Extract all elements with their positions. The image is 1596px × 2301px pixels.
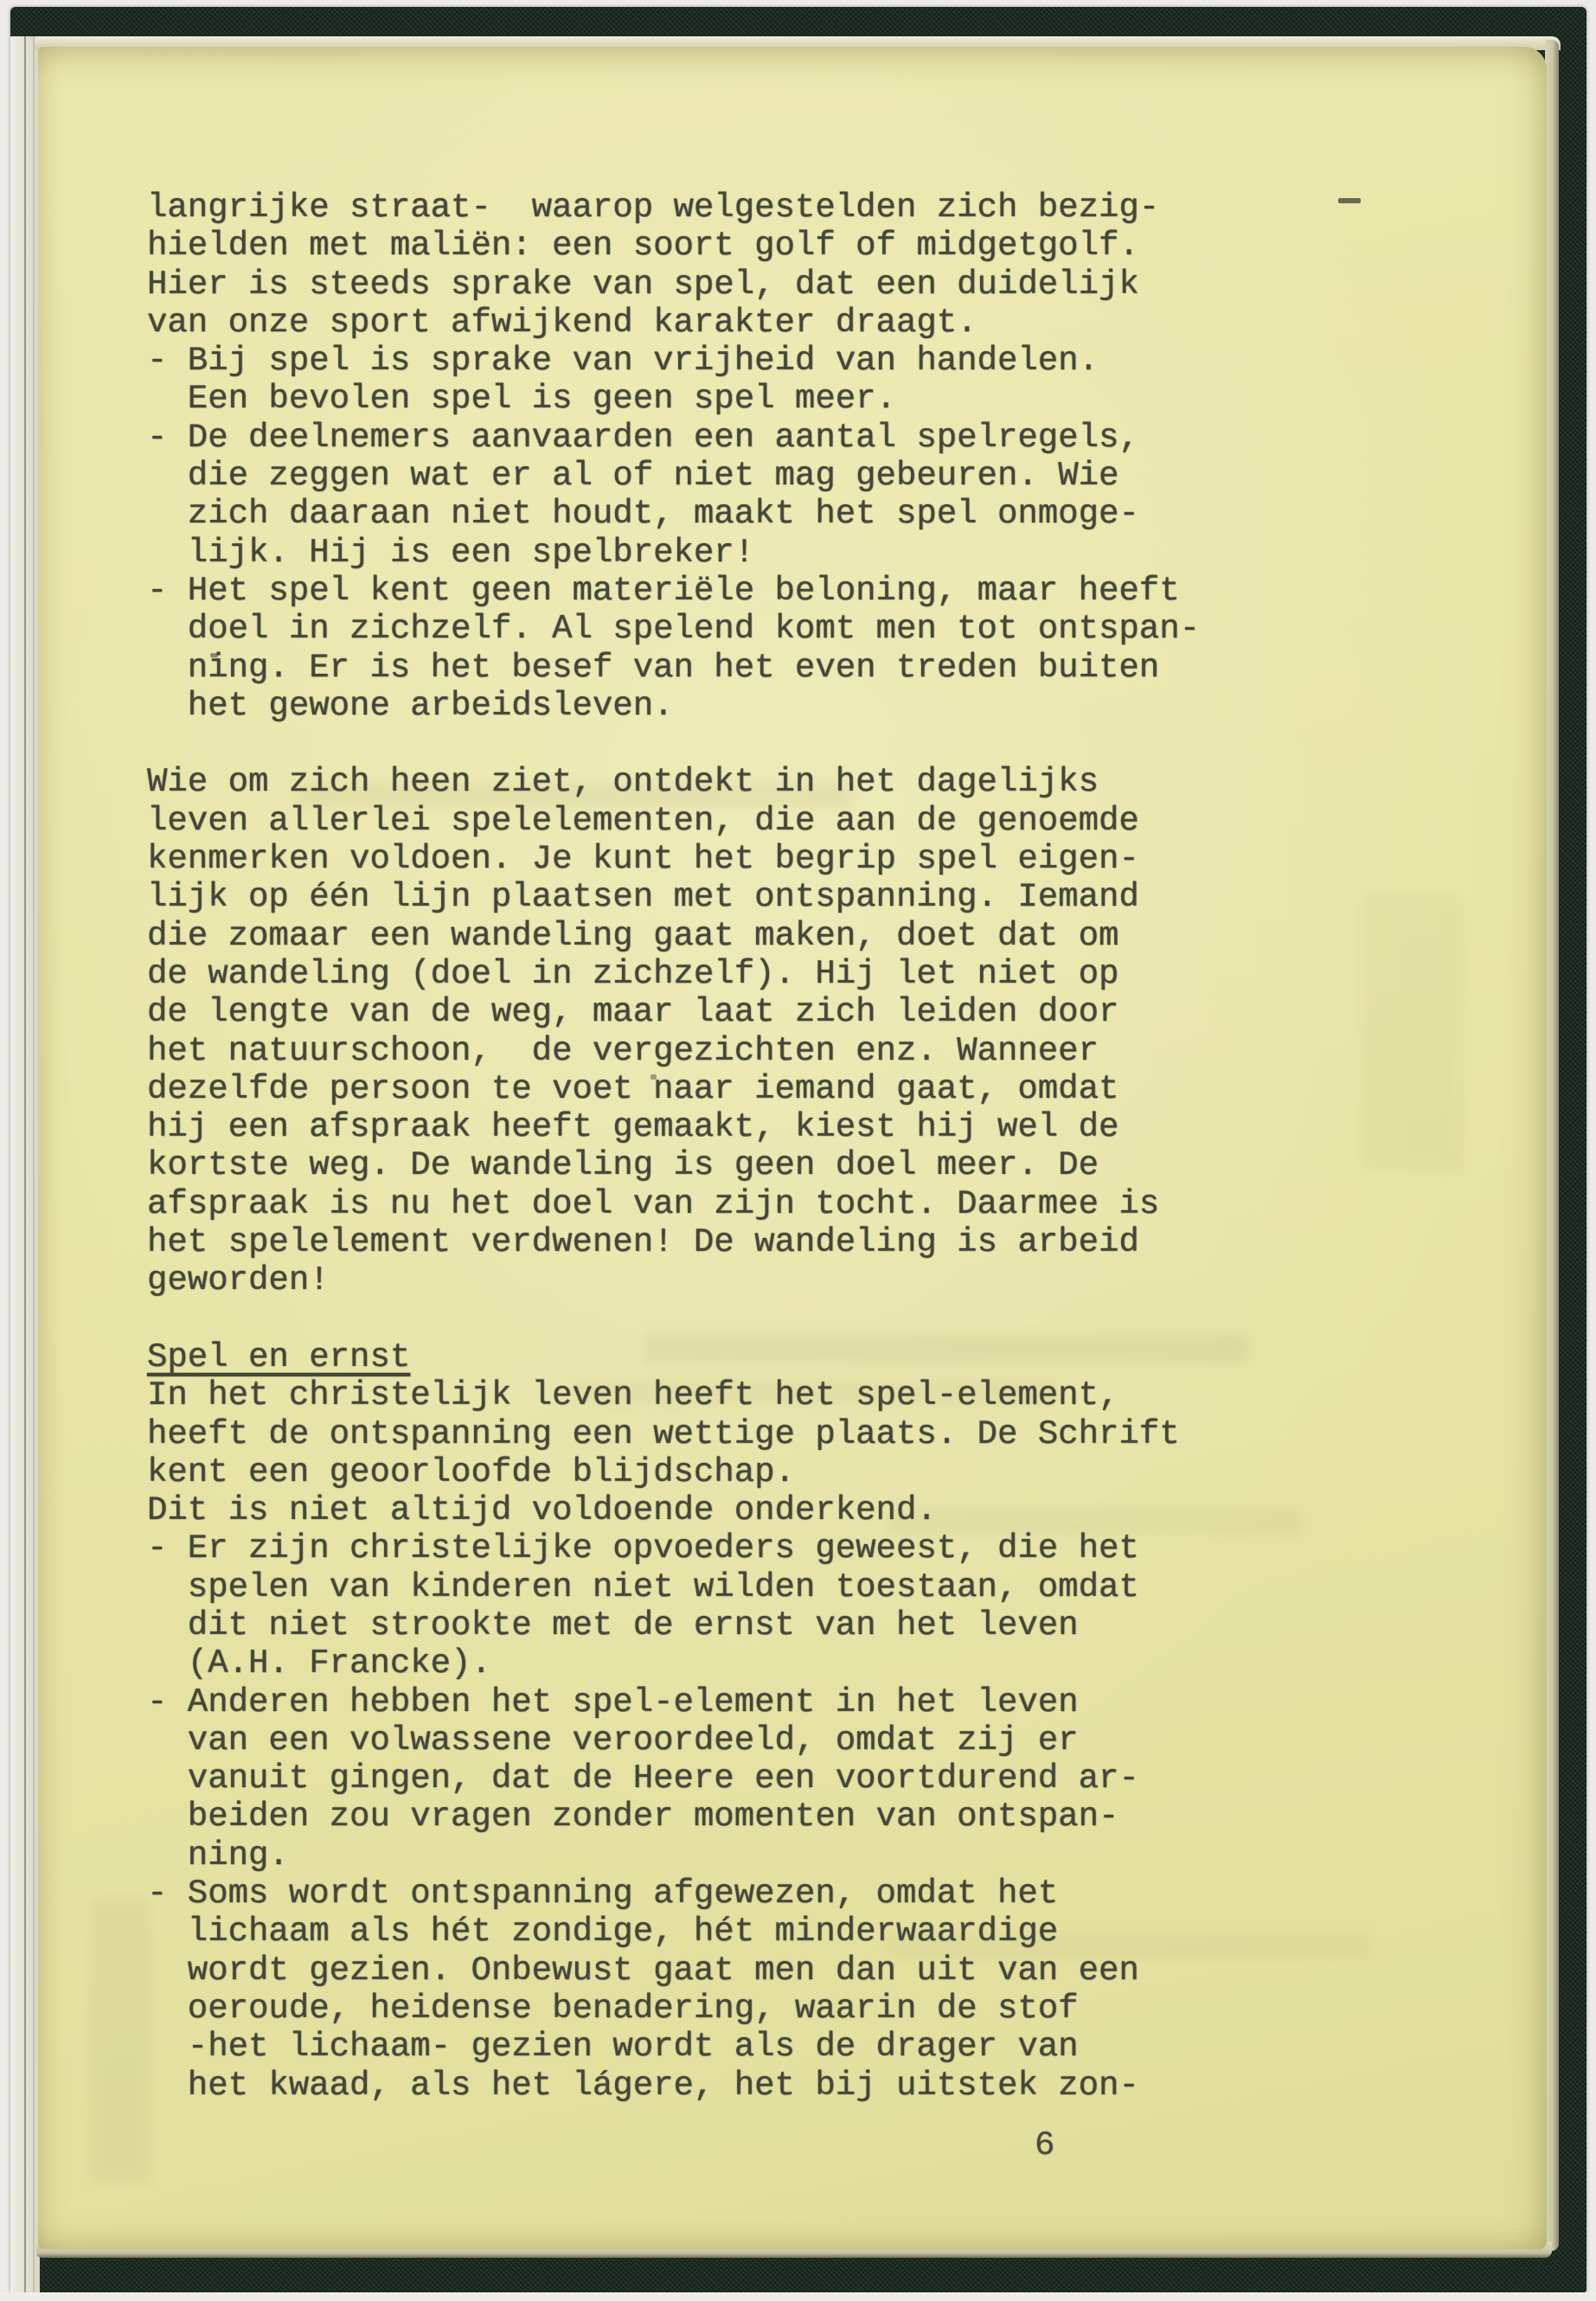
- section-heading: Spel en ernst: [147, 1338, 1375, 1376]
- paragraph-block-2: Wie om zich heen ziet, ontdekt in het da…: [147, 763, 1375, 1299]
- scanned-book-photo: { "document": { "language": "Dutch", "ki…: [0, 0, 1596, 2301]
- page-number: 6: [1035, 2126, 1054, 2164]
- show-through-smudge: [1362, 894, 1465, 1171]
- typewritten-text-column: langrijke straat- waarop welgestelden zi…: [147, 189, 1375, 2105]
- page-right-edge: [1545, 40, 1559, 2251]
- page-fore-edge-stack: [10, 36, 40, 2301]
- show-through-smudge: [90, 1898, 151, 2183]
- paragraph-block-1: langrijke straat- waarop welgestelden zi…: [147, 189, 1375, 725]
- page-edge-line: [33, 36, 35, 2301]
- paragraph-block-3: In het christelijk leven heeft het spel-…: [147, 1376, 1375, 2105]
- page-edge-line: [24, 36, 26, 2301]
- photo-backdrop-strip: [0, 2292, 1596, 2301]
